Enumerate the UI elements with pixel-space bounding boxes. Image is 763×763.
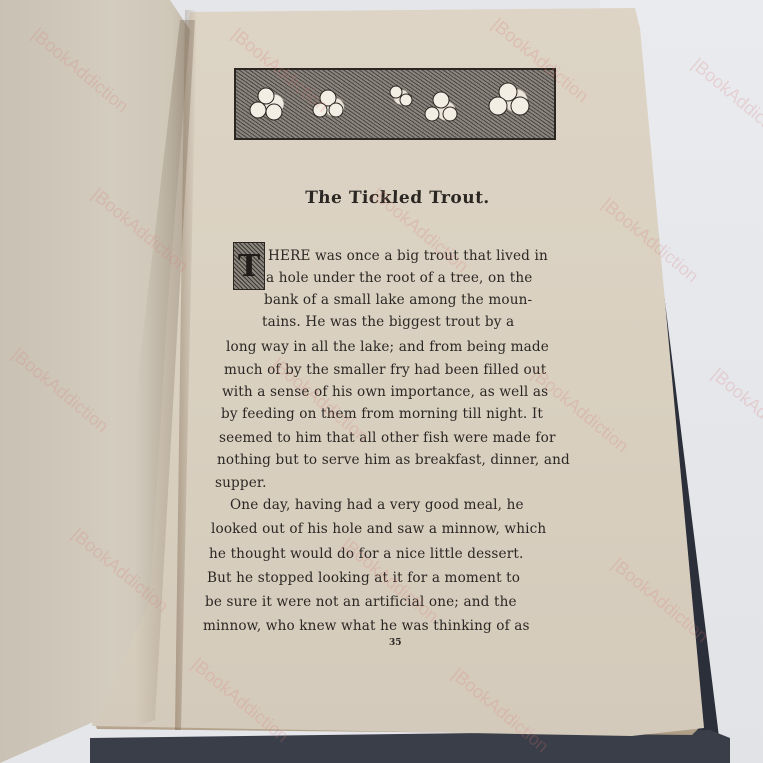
floral-banner-ornament [234, 68, 556, 140]
text-line: much of by the smaller fry had been fill… [224, 362, 546, 378]
text-line: supper. [215, 475, 267, 491]
story-title: The Tickled Trout. [305, 188, 486, 208]
text-line: One day, having had a very good meal, he [230, 497, 524, 513]
text-line: he thought would do for a nice little de… [209, 546, 523, 562]
text-line: nothing but to serve him as breakfast, d… [217, 452, 570, 468]
text-line: with a sense of his own importance, as w… [222, 384, 548, 400]
text-line: But he stopped looking at it for a momen… [207, 570, 520, 586]
text-line: seemed to him that all other fish were m… [219, 430, 556, 446]
text-line: a hole under the root of a tree, on the [266, 270, 532, 286]
text-line: minnow, who knew what he was thinking of… [203, 618, 530, 634]
photo-scene: The Tickled Trout. T HERE was once a big… [0, 0, 763, 763]
page-number: 35 [389, 638, 402, 648]
text-line: by feeding on them from morning till nig… [221, 406, 543, 422]
text-line: be sure it were not an artificial one; a… [205, 594, 517, 610]
text-line: looked out of his hole and saw a minnow,… [211, 521, 546, 537]
text-line: HERE was once a big trout that lived in [268, 248, 548, 264]
text-line: long way in all the lake; and from being… [226, 339, 549, 355]
flower-icon [236, 70, 554, 138]
drop-cap-letter: T [234, 249, 264, 284]
text-line: bank of a small lake among the moun- [264, 292, 532, 308]
text-line: tains. He was the biggest trout by a [262, 314, 514, 330]
drop-cap-ornament: T [233, 242, 265, 290]
